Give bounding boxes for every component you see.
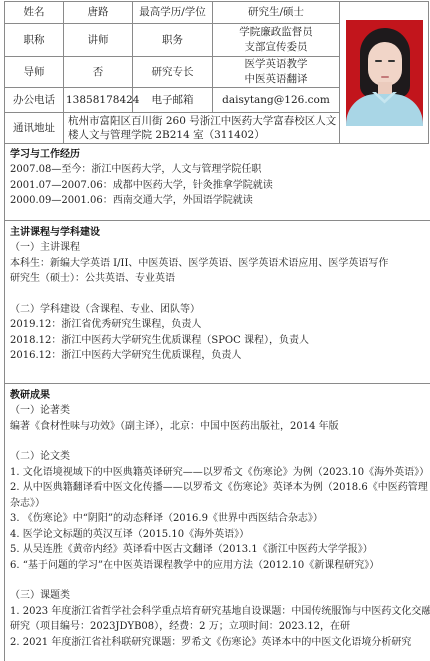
experience-section: 学习与工作经历 2007.08—至今：浙江中医药大学，人文与管理学院任职 200… bbox=[5, 143, 430, 221]
book-item: 编著《食材性味与功效》（副主译），北京：中国中医药出版社，2014 年版 bbox=[10, 419, 430, 435]
specialty-label: 研究专长 bbox=[133, 57, 213, 88]
research-subtitle-books: （一）论著类 bbox=[10, 403, 430, 419]
phone-label: 办公电话 bbox=[5, 88, 64, 113]
degree-value: 研究生/硕士 bbox=[213, 2, 340, 24]
phone-value: 13858178424 bbox=[64, 88, 133, 113]
experience-item: 2000.09—2001.06：西南交通大学，外国语学院就读 bbox=[10, 193, 430, 209]
position-value-2: 支部宣传委员 bbox=[215, 40, 337, 55]
discipline-item: 2016.12：浙江中医药大学研究生优质课程，负责人 bbox=[10, 348, 430, 364]
courses-subtitle-teaching: （一）主讲课程 bbox=[10, 240, 430, 256]
paper-item: 2. 从中医典籍翻译看中医文化传播——以罗希文《伤寒论》英译本为例（2018.6… bbox=[10, 480, 430, 511]
email-value[interactable]: daisytang@126.com bbox=[213, 88, 340, 113]
paper-item: 3. 《伤寒论》中“阴阳”的动态释译（2016.9《世界中西医结合杂志》） bbox=[10, 511, 430, 527]
specialty-value: 医学英语教学 中医英语翻译 bbox=[213, 57, 340, 88]
photo-cell bbox=[340, 2, 429, 144]
research-title: 教研成果 bbox=[10, 388, 430, 403]
research-subtitle-papers: （二）论文类 bbox=[10, 449, 430, 465]
project-item: 2. 2021 年度浙江省社科联研究课题：罗希文《伤寒论》英译本中的中医文化语境… bbox=[10, 635, 430, 651]
courses-title: 主讲课程与学科建设 bbox=[10, 225, 430, 240]
title-label: 职称 bbox=[5, 24, 64, 57]
paper-item: 5. 从吴连胜《黄帝内经》英译看中医古文翻译（2013.1《浙江中医药大学学报》… bbox=[10, 542, 430, 558]
profile-table: 姓名 唐路 最高学历/学位 研究生/硕士 职称 讲师 职务 学院廉政监督员 支部… bbox=[4, 1, 429, 144]
experience-item: 2007.08—至今：浙江中医药大学，人文与管理学院任职 bbox=[10, 162, 430, 178]
discipline-item: 2019.12：浙江省优秀研究生课程，负责人 bbox=[10, 317, 430, 333]
name-value: 唐路 bbox=[64, 2, 133, 24]
research-subtitle-projects: （三）课题类 bbox=[10, 588, 430, 604]
profile-page: 姓名 唐路 最高学历/学位 研究生/硕士 职称 讲师 职务 学院廉政监督员 支部… bbox=[0, 0, 430, 661]
position-value: 学院廉政监督员 支部宣传委员 bbox=[213, 24, 340, 57]
paper-item: 4. 医学论文标题的英汉互译（2015.10《海外英语》） bbox=[10, 527, 430, 543]
research-section: 教研成果 （一）论著类 编著《食材性味与功效》（副主译），北京：中国中医药出版社… bbox=[5, 384, 430, 660]
name-label: 姓名 bbox=[5, 2, 64, 24]
experience-item: 2001.07—2007.06：成都中医药大学，针灸推拿学院就读 bbox=[10, 178, 430, 194]
portrait-photo bbox=[346, 20, 423, 126]
email-label: 电子邮箱 bbox=[133, 88, 213, 113]
courses-subtitle-discipline: （二）学科建设（含课程、专业、团队等） bbox=[10, 302, 430, 318]
position-value-1: 学院廉政监督员 bbox=[215, 25, 337, 40]
sections-container: 学习与工作经历 2007.08—至今：浙江中医药大学，人文与管理学院任职 200… bbox=[4, 143, 430, 661]
paper-item: 6. “基于问题的学习”在中医英语课程教学中的应用方法（2012.10《新课程研… bbox=[10, 558, 430, 574]
degree-label: 最高学历/学位 bbox=[133, 2, 213, 24]
title-value: 讲师 bbox=[64, 24, 133, 57]
experience-title: 学习与工作经历 bbox=[10, 147, 430, 162]
course-item: 研究生（硕士）：公共英语、专业英语 bbox=[10, 271, 430, 287]
supervisor-value: 否 bbox=[64, 57, 133, 88]
project-item: 1. 2023 年度浙江省哲学社会科学重点培育研究基地自设课题：中国传统服饰与中… bbox=[10, 604, 430, 635]
courses-section: 主讲课程与学科建设 （一）主讲课程 本科生：新编大学英语 I/II、中医英语、医… bbox=[5, 221, 430, 384]
discipline-item: 2018.12：浙江中医药大学研究生优质课程（SPOC 课程），负责人 bbox=[10, 333, 430, 349]
supervisor-label: 导师 bbox=[5, 57, 64, 88]
course-item: 本科生：新编大学英语 I/II、中医英语、医学英语、医学英语术语应用、医学英语写… bbox=[10, 256, 430, 272]
position-label: 职务 bbox=[133, 24, 213, 57]
address-label: 通讯地址 bbox=[5, 113, 64, 144]
paper-item: 1. 文化语境视域下的中医典籍英译研究——以罗希文《伤寒论》为例（2023.10… bbox=[10, 465, 430, 481]
address-value: 杭州市富阳区百川街 260 号浙江中医药大学富春校区人文楼人文与管理学院 2B2… bbox=[64, 113, 340, 144]
specialty-value-2: 中医英语翻译 bbox=[215, 72, 337, 87]
specialty-value-1: 医学英语教学 bbox=[215, 57, 337, 72]
